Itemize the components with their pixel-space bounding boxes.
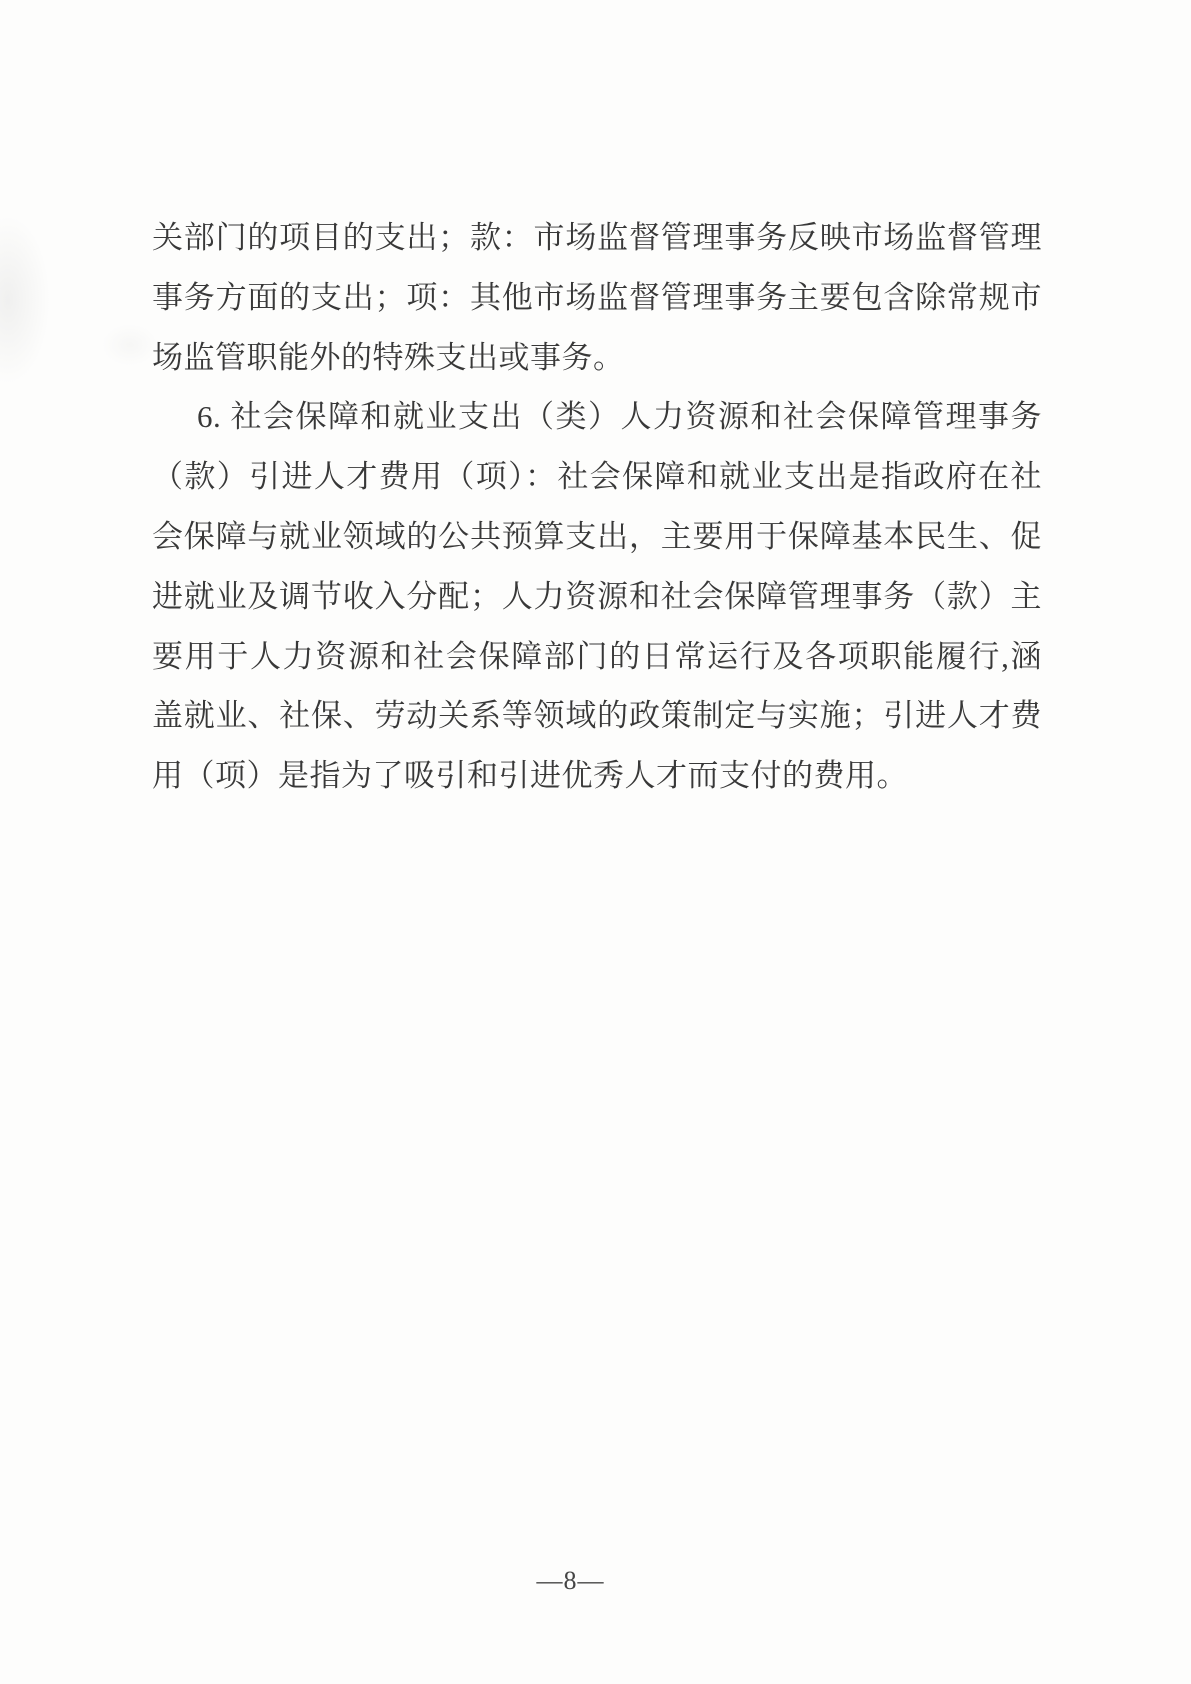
text-line: 场监管职能外的特殊支出或事务。 xyxy=(152,328,1042,388)
document-text: 关部门的项目的支出；款：市场监督管理事务反映市场监督管理事务方面的支出；项：其他… xyxy=(152,208,1042,806)
text-line: 6. 社会保障和就业支出（类）人力资源和社会保障管理事务 xyxy=(152,387,1042,447)
text-line: 要用于人力资源和社会保障部门的日常运行及各项职能履行,涵 xyxy=(152,627,1042,687)
text-line: 事务方面的支出；项：其他市场监督管理事务主要包含除常规市 xyxy=(152,268,1042,328)
text-line: 会保障与就业领域的公共预算支出，主要用于保障基本民生、促 xyxy=(152,507,1042,567)
text-line: （款）引进人才费用（项）：社会保障和就业支出是指政府在社 xyxy=(152,447,1042,507)
text-line: 关部门的项目的支出；款：市场监督管理事务反映市场监督管理 xyxy=(152,208,1042,268)
document-page: 关部门的项目的支出；款：市场监督管理事务反映市场监督管理事务方面的支出；项：其他… xyxy=(0,0,1191,1684)
text-line: 进就业及调节收入分配；人力资源和社会保障管理事务（款）主 xyxy=(152,567,1042,627)
page-number: —8— xyxy=(0,1566,1166,1596)
paragraph-6-social-security-employment: 6. 社会保障和就业支出（类）人力资源和社会保障管理事务（款）引进人才费用（项）… xyxy=(152,387,1042,806)
paragraph-continuation-market-supervision: 关部门的项目的支出；款：市场监督管理事务反映市场监督管理事务方面的支出；项：其他… xyxy=(152,208,1042,387)
text-line: 盖就业、社保、劳动关系等领域的政策制定与实施；引进人才费 xyxy=(152,686,1042,746)
text-line: 用（项）是指为了吸引和引进优秀人才而支付的费用。 xyxy=(152,746,1042,806)
